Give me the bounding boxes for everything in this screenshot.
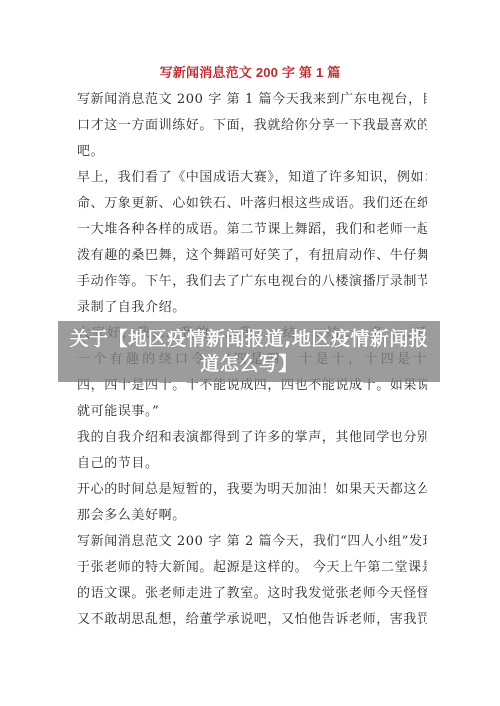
body-line: 就可能误事。”	[77, 399, 427, 425]
document-title: 写新闻消息范文 200 字 第 1 篇	[0, 63, 500, 83]
body-line: 那会多么美好啊。	[77, 503, 427, 529]
body-line: 开心的时间总是短暂的，我要为明天加油！如果天天都这么开心，	[77, 477, 427, 503]
body-line: 吧。	[77, 139, 427, 165]
body-line: 命、万象更新、心如铁石、叶落归根这些成语。我们还在纸上读了	[77, 191, 427, 217]
body-line: 的语文课。张老师走进了教室。这时我发觉张老师今天怪怪的，但	[77, 581, 427, 607]
body-line: 早上，我们看了《中国成语大赛》，知道了许多知识，例如：听天由	[77, 165, 427, 191]
body-line: 于张老师的特大新闻。起源是这样的。 今天上午第二堂课是张老师	[77, 555, 427, 581]
body-line: 录制了自我介绍。	[77, 295, 427, 321]
body-line: 一大堆各种各样的成语。第二节课上舞蹈，我们和老师一起学了活	[77, 217, 427, 243]
body-line: 我的自我介绍和表演都得到了许多的掌声，其他同学也分别表演了	[77, 425, 427, 451]
body-line: 自己的节目。	[77, 451, 427, 477]
body-line: 写新闻消息范文 200 字 第 1 篇今天我来到广东电视台，目的是要把	[77, 87, 427, 113]
title-overlay-banner: 关于【地区疫情新闻报道,地区疫情新闻报道怎么写】	[58, 321, 440, 382]
body-line: 口才这一方面训练好。下面，我就给你分享一下我最喜欢的第三天	[77, 113, 427, 139]
body-line: 写新闻消息范文 200 字 第 2 篇今天，我们“四人小组”发现了一条关	[77, 529, 427, 555]
banner-title: 关于【地区疫情新闻报道,地区疫情新闻报道怎么写】	[64, 327, 434, 377]
body-line: 又不敢胡思乱想，给董学承说吧，又怕他告诉老师，害我罚守“边	[77, 607, 427, 633]
body-line: 手动作等。下午，我们去了广东电视台的八楼演播厅录制节目，我	[77, 269, 427, 295]
body-line: 泼有趣的桑巴舞，这个舞蹈可好笑了，有扭肩动作、牛仔舞步、摆	[77, 243, 427, 269]
